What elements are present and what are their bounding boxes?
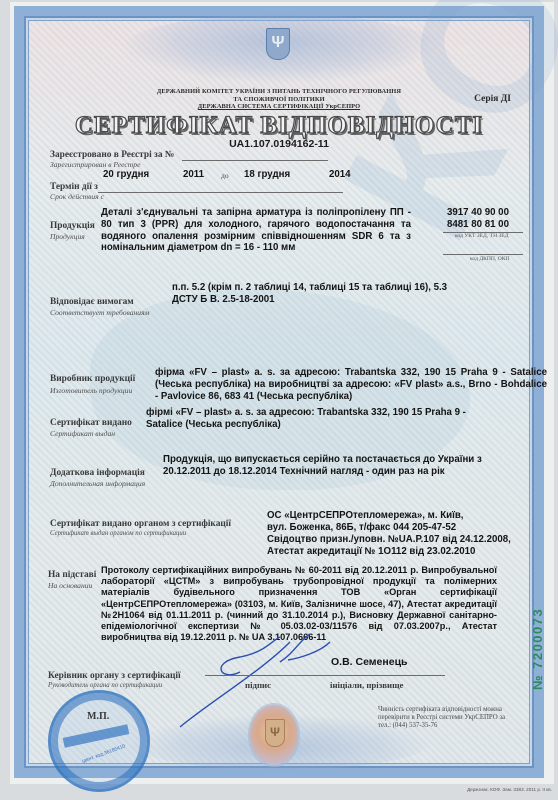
product-label-ru: Продукция <box>50 232 85 241</box>
codes-caption: код УКТ ЗЕД, ТН ЗЕД <box>455 233 509 239</box>
agency-line-3: ДЕРЖАВНА СИСТЕМА СЕРТИФІКАЦІЇ УкрСЕПРО <box>0 103 558 111</box>
validity-label-ru: Срок действия с <box>50 192 104 201</box>
manufacturer-label: Виробник продукції <box>50 374 135 384</box>
additional-info-label-ru: Дополнительная информация <box>50 479 145 488</box>
trident-hologram-icon: Ψ <box>265 719 285 747</box>
dkpp-line <box>443 254 523 255</box>
additional-info-line-2: 20.12.2011 до 18.12.2014 Технічний нагля… <box>163 466 445 478</box>
issued-to-label: Сертифікат видано <box>50 418 132 428</box>
trident-icon: Ψ <box>266 28 290 60</box>
signatory-name: О.В. Семенець <box>331 657 407 669</box>
issued-to-label-ru: Сертификат выдан <box>50 429 115 438</box>
basis-label-ru: На основании <box>48 581 92 590</box>
cert-body-label: Сертифікат видано органом з сертифікації <box>50 519 231 529</box>
requirements-line-1: п.п. 5.2 (крім п. 2 таблиці 14, таблиці … <box>172 282 447 294</box>
validity-line <box>98 192 343 193</box>
series-label: Серія ДІ <box>474 94 511 104</box>
issued-to-text: фірмі «FV – plast» a. s. за адресою: Tra… <box>146 407 496 431</box>
validity-to-day: 18 грудня <box>244 169 290 181</box>
validity-to-word: до <box>221 171 229 180</box>
seal-code: ідент. код 36185410 <box>81 743 126 764</box>
registry-line <box>182 160 328 161</box>
cert-body-label-ru: Сертификат выдан органом по сертификации <box>50 530 186 537</box>
cert-body-line-4: Атестат акредитації № 1О112 від 23.02.20… <box>267 546 475 558</box>
cert-body-line-3: Свідоцтво призн./уповн. №UA.P.107 від 24… <box>267 534 511 546</box>
validity-from-year: 2011 <box>183 169 204 181</box>
validity-to-year: 2014 <box>329 169 351 181</box>
certificate-title: СЕРТИФІКАТ ВІДПОВІДНОСТІ <box>0 112 558 140</box>
basis-label: На підставі <box>48 570 96 580</box>
verification-note: Чинність сертифіката відповідності можна… <box>378 706 518 731</box>
signature-line <box>205 675 445 676</box>
requirements-label: Відповідає вимогам <box>50 297 134 307</box>
hologram-seal: Ψ <box>250 705 298 765</box>
dkpp-caption: код ДКПП, ОКП <box>470 256 510 262</box>
print-info: Держзнак. КОФ. Зам. 3383. 2011 р. II кв. <box>467 787 552 792</box>
signature-caption: підпис <box>245 680 271 690</box>
head-label: Керівник органу з сертифікації <box>48 671 181 681</box>
product-description: Деталі з'єднувальні та запірна арматура … <box>101 207 411 254</box>
requirements-line-2: ДСТУ Б В. 2.5-18-2001 <box>172 294 275 306</box>
validity-from-day: 20 грудня <box>103 169 149 181</box>
requirements-label-ru: Соответствует требованиям <box>50 308 149 317</box>
product-code-1: 3917 40 90 00 <box>447 207 509 219</box>
certificate-number: UA1.107.0194162-11 <box>0 138 558 150</box>
cert-body-line-2: вул. Боженка, 86Б, т/факс 044 205-47-52 <box>267 522 456 534</box>
manufacturer-text: фірма «FV – plast» a. s. за адресою: Tra… <box>155 367 547 402</box>
head-label-ru: Руководитель органа по сертификации <box>48 682 162 689</box>
serial-number: № 7200073 <box>530 608 545 690</box>
additional-info-line-1: Продукція, що випускається серійно та по… <box>163 454 482 466</box>
registry-label: Зареєстровано в Реєстрі за № <box>50 150 174 160</box>
registry-label-ru: Зарегистрирован в Реестре <box>50 160 140 169</box>
cert-body-line-1: ОС «ЦентрСЕПРОтепломережа», м. Київ, <box>267 510 463 522</box>
seal-label: М.П. <box>87 711 109 722</box>
product-label: Продукція <box>50 221 95 231</box>
validity-label: Термін дії з <box>50 182 98 192</box>
manufacturer-label-ru: Изготовитель продукции <box>50 386 132 395</box>
product-code-2: 8481 80 81 00 <box>447 219 509 231</box>
name-caption: ініціали, прізвище <box>330 680 403 690</box>
additional-info-label: Додаткова інформація <box>50 468 145 478</box>
